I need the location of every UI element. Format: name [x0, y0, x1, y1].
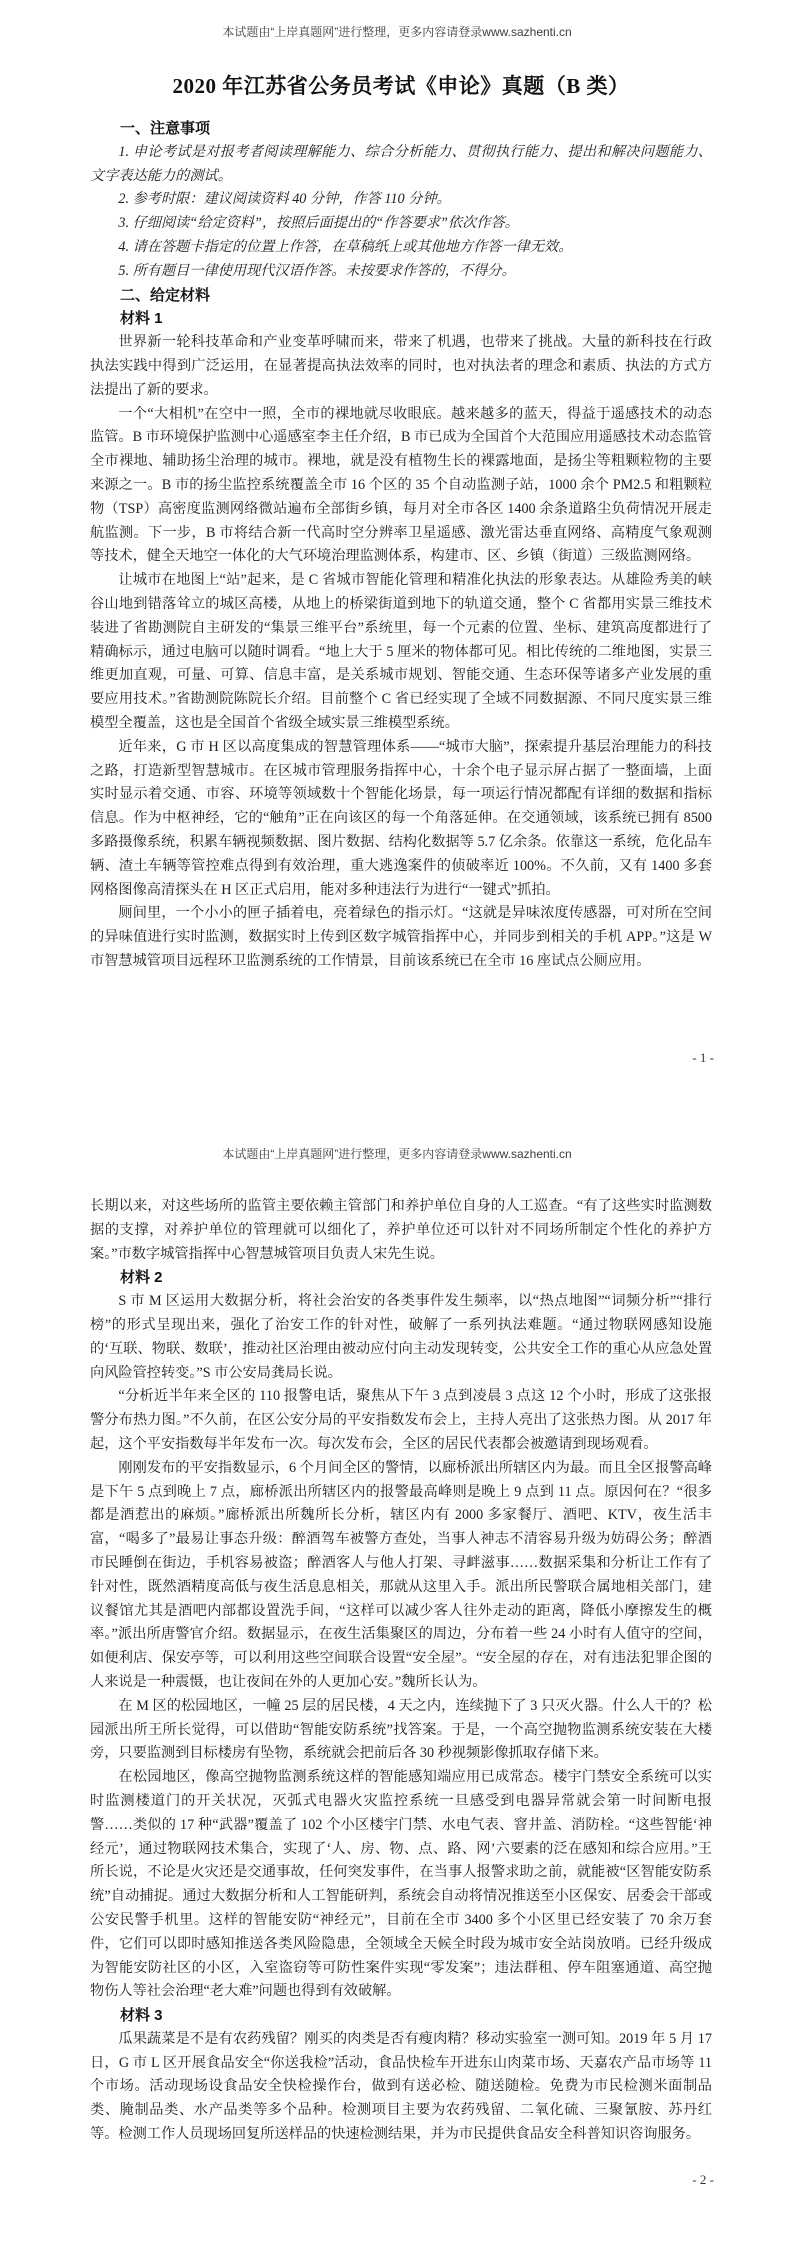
- material-1-paragraph: 一个“大相机”在空中一照，全市的裸地就尽收眼底。越来越多的蓝天，得益于遥感技术的…: [90, 403, 712, 570]
- page-number: - 1 -: [692, 1050, 714, 1066]
- material-2-paragraph: 在 M 区的松园地区，一幢 25 层的居民楼，4 天之内，连续抛下了 3 只灭火…: [90, 1695, 712, 1766]
- page-number: - 2 -: [692, 2172, 714, 2188]
- material-1-paragraph: 让城市在地图上“站”起来，是 C 省城市智能化管理和精准化执法的形象表达。从雄险…: [90, 569, 712, 736]
- header-note: 本试题由“上岸真题网”进行整理，更多内容请登录www.sazhenti.cn: [0, 1122, 794, 1163]
- section-heading-materials: 二、给定材料: [90, 284, 712, 308]
- notice-item-1: 1. 申论考试是对报考者阅读理解能力、综合分析能力、贯彻执行能力、提出和解决问题…: [90, 141, 712, 189]
- material-2-paragraph: S 市 M 区运用大数据分析，将社会治安的各类事件发生频率，以“热点地图”“词频…: [90, 1290, 712, 1385]
- page-1-content: 2020 年江苏省公务员考试《申论》真题（B 类） 一、注意事项 1. 申论考试…: [90, 71, 712, 974]
- material-2-paragraph: “分析近半年来全区的 110 报警电话，聚焦从下午 3 点到凌晨 3 点这 12…: [90, 1385, 712, 1456]
- notice-item-5: 5. 所有题目一律使用现代汉语作答。未按要求作答的，不得分。: [90, 260, 712, 284]
- material-2-paragraph: 刚刚发布的平安指数显示，6 个月间全区的警情，以廊桥派出所辖区内为最。而且全区报…: [90, 1457, 712, 1695]
- notice-item-4: 4. 请在答题卡指定的位置上作答，在草稿纸上或其他地方作答一律无效。: [90, 236, 712, 260]
- section-heading-notes: 一、注意事项: [90, 117, 712, 141]
- page-2: 本试题由“上岸真题网”进行整理，更多内容请登录www.sazhenti.cn 长…: [0, 1122, 794, 2244]
- header-note: 本试题由“上岸真题网”进行整理，更多内容请登录www.sazhenti.cn: [0, 0, 794, 41]
- material-3-heading: 材料 3: [90, 2004, 712, 2028]
- material-2-paragraph: 在松园地区，像高空抛物监测系统这样的智能感知端应用已成常态。楼宇门禁安全系统可以…: [90, 1766, 712, 2004]
- material-1-paragraph-continued: 长期以来，对这些场所的监管主要依赖主管部门和养护单位自身的人工巡查。“有了这些实…: [90, 1195, 712, 1266]
- material-1-paragraph: 世界新一轮科技革命和产业变革呼啸而来，带来了机遇，也带来了挑战。大量的新科技在行…: [90, 331, 712, 402]
- material-1-paragraph: 厕间里，一个小小的匣子插着电，亮着绿色的指示灯。“这就是异味浓度传感器，可对所在…: [90, 902, 712, 973]
- notice-item-3: 3. 仔细阅读“给定资料”，按照后面提出的“作答要求”依次作答。: [90, 212, 712, 236]
- page-1: 本试题由“上岸真题网”进行整理，更多内容请登录www.sazhenti.cn 2…: [0, 0, 794, 1122]
- material-1-heading: 材料 1: [90, 307, 712, 331]
- material-1-paragraph: 近年来，G 市 H 区以高度集成的智慧管理体系——“城市大脑”，探索提升基层治理…: [90, 736, 712, 903]
- page-2-content: 长期以来，对这些场所的监管主要依赖主管部门和养护单位自身的人工巡查。“有了这些实…: [90, 1195, 712, 2147]
- material-2-heading: 材料 2: [90, 1266, 712, 1290]
- doc-title: 2020 年江苏省公务员考试《申论》真题（B 类）: [90, 71, 712, 101]
- material-3-paragraph: 瓜果蔬菜是不是有农药残留？刚买的肉类是否有瘦肉精？移动实验室一测可知。2019 …: [90, 2028, 712, 2147]
- notice-item-2: 2. 参考时限：建议阅读资料 40 分钟，作答 110 分钟。: [90, 188, 712, 212]
